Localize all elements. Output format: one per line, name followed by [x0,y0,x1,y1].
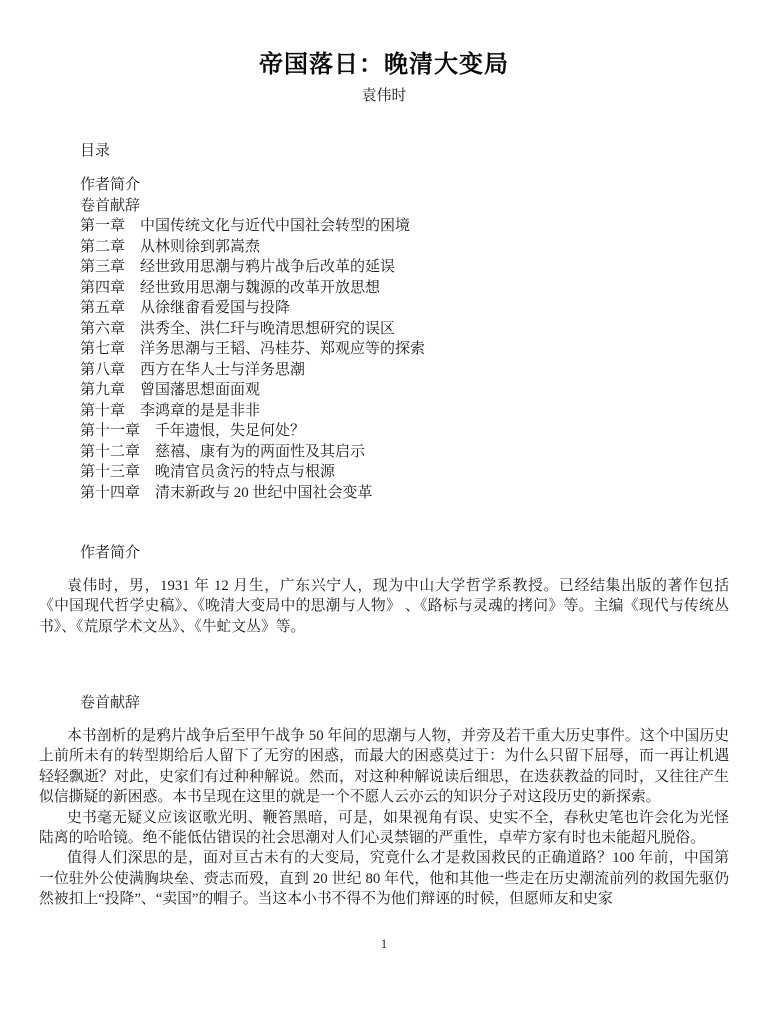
toc-item: 第十一章 千年遗恨，失足何处？ [80,421,425,442]
paragraph: 值得人们深思的是，面对亘古未有的大变局，究竟什么才是救国救民的正确道路？100 … [39,848,729,909]
paragraph: 本书剖析的是鸦片战争后至甲午战争 50 年间的思潮与人物，并旁及若干重大历史事件… [39,726,729,808]
toc-item: 第五章 从徐继畬看爱国与投降 [80,298,425,319]
paragraph: 史书毫无疑义应该讴歌光明、鞭笞黑暗，可是，如果视角有误、史实不全，春秋史笔也许会… [39,808,729,849]
section-heading-author-bio: 作者简介 [80,541,140,562]
toc-heading: 目录 [80,139,110,160]
toc-item: 第七章 洋务思潮与王韬、冯桂芬、郑观应等的探索 [80,339,425,360]
page-number: 1 [0,937,768,952]
toc-list: 作者简介 卷首献辞 第一章 中国传统文化与近代中国社会转型的困境 第二章 从林则… [80,175,425,503]
book-title: 帝国落日：晚清大变局 [0,44,768,79]
toc-item: 第十四章 清末新政与 20 世纪中国社会变革 [80,483,425,504]
toc-item: 第二章 从林则徐到郭嵩焘 [80,237,425,258]
toc-item: 第三章 经世致用思潮与鸦片战争后改革的延误 [80,257,425,278]
author-bio-text: 袁伟时，男，1931 年 12 月生，广东兴宁人，现为中山大学哲学系教授。已经结… [39,576,729,637]
toc-item: 第四章 经世致用思潮与魏源的改革开放思想 [80,278,425,299]
toc-item: 卷首献辞 [80,196,425,217]
toc-item: 第十章 李鸿章的是是非非 [80,401,425,422]
document-page: 帝国落日：晚清大变局 袁伟时 目录 作者简介 卷首献辞 第一章 中国传统文化与近… [0,0,768,1024]
paragraph: 袁伟时，男，1931 年 12 月生，广东兴宁人，现为中山大学哲学系教授。已经结… [39,576,729,637]
toc-item: 作者简介 [80,175,425,196]
toc-item: 第一章 中国传统文化与近代中国社会转型的困境 [80,216,425,237]
book-author: 袁伟时 [0,84,768,105]
toc-item: 第九章 曾国藩思想面面观 [80,380,425,401]
toc-item: 第八章 西方在华人士与洋务思潮 [80,360,425,381]
toc-item: 第六章 洪秀全、洪仁玕与晚清思想研究的误区 [80,319,425,340]
section-heading-dedication: 卷首献辞 [80,691,140,712]
toc-item: 第十三章 晚清官员贪污的特点与根源 [80,462,425,483]
dedication-text: 本书剖析的是鸦片战争后至甲午战争 50 年间的思潮与人物，并旁及若干重大历史事件… [39,726,729,910]
toc-item: 第十二章 慈禧、康有为的两面性及其启示 [80,442,425,463]
